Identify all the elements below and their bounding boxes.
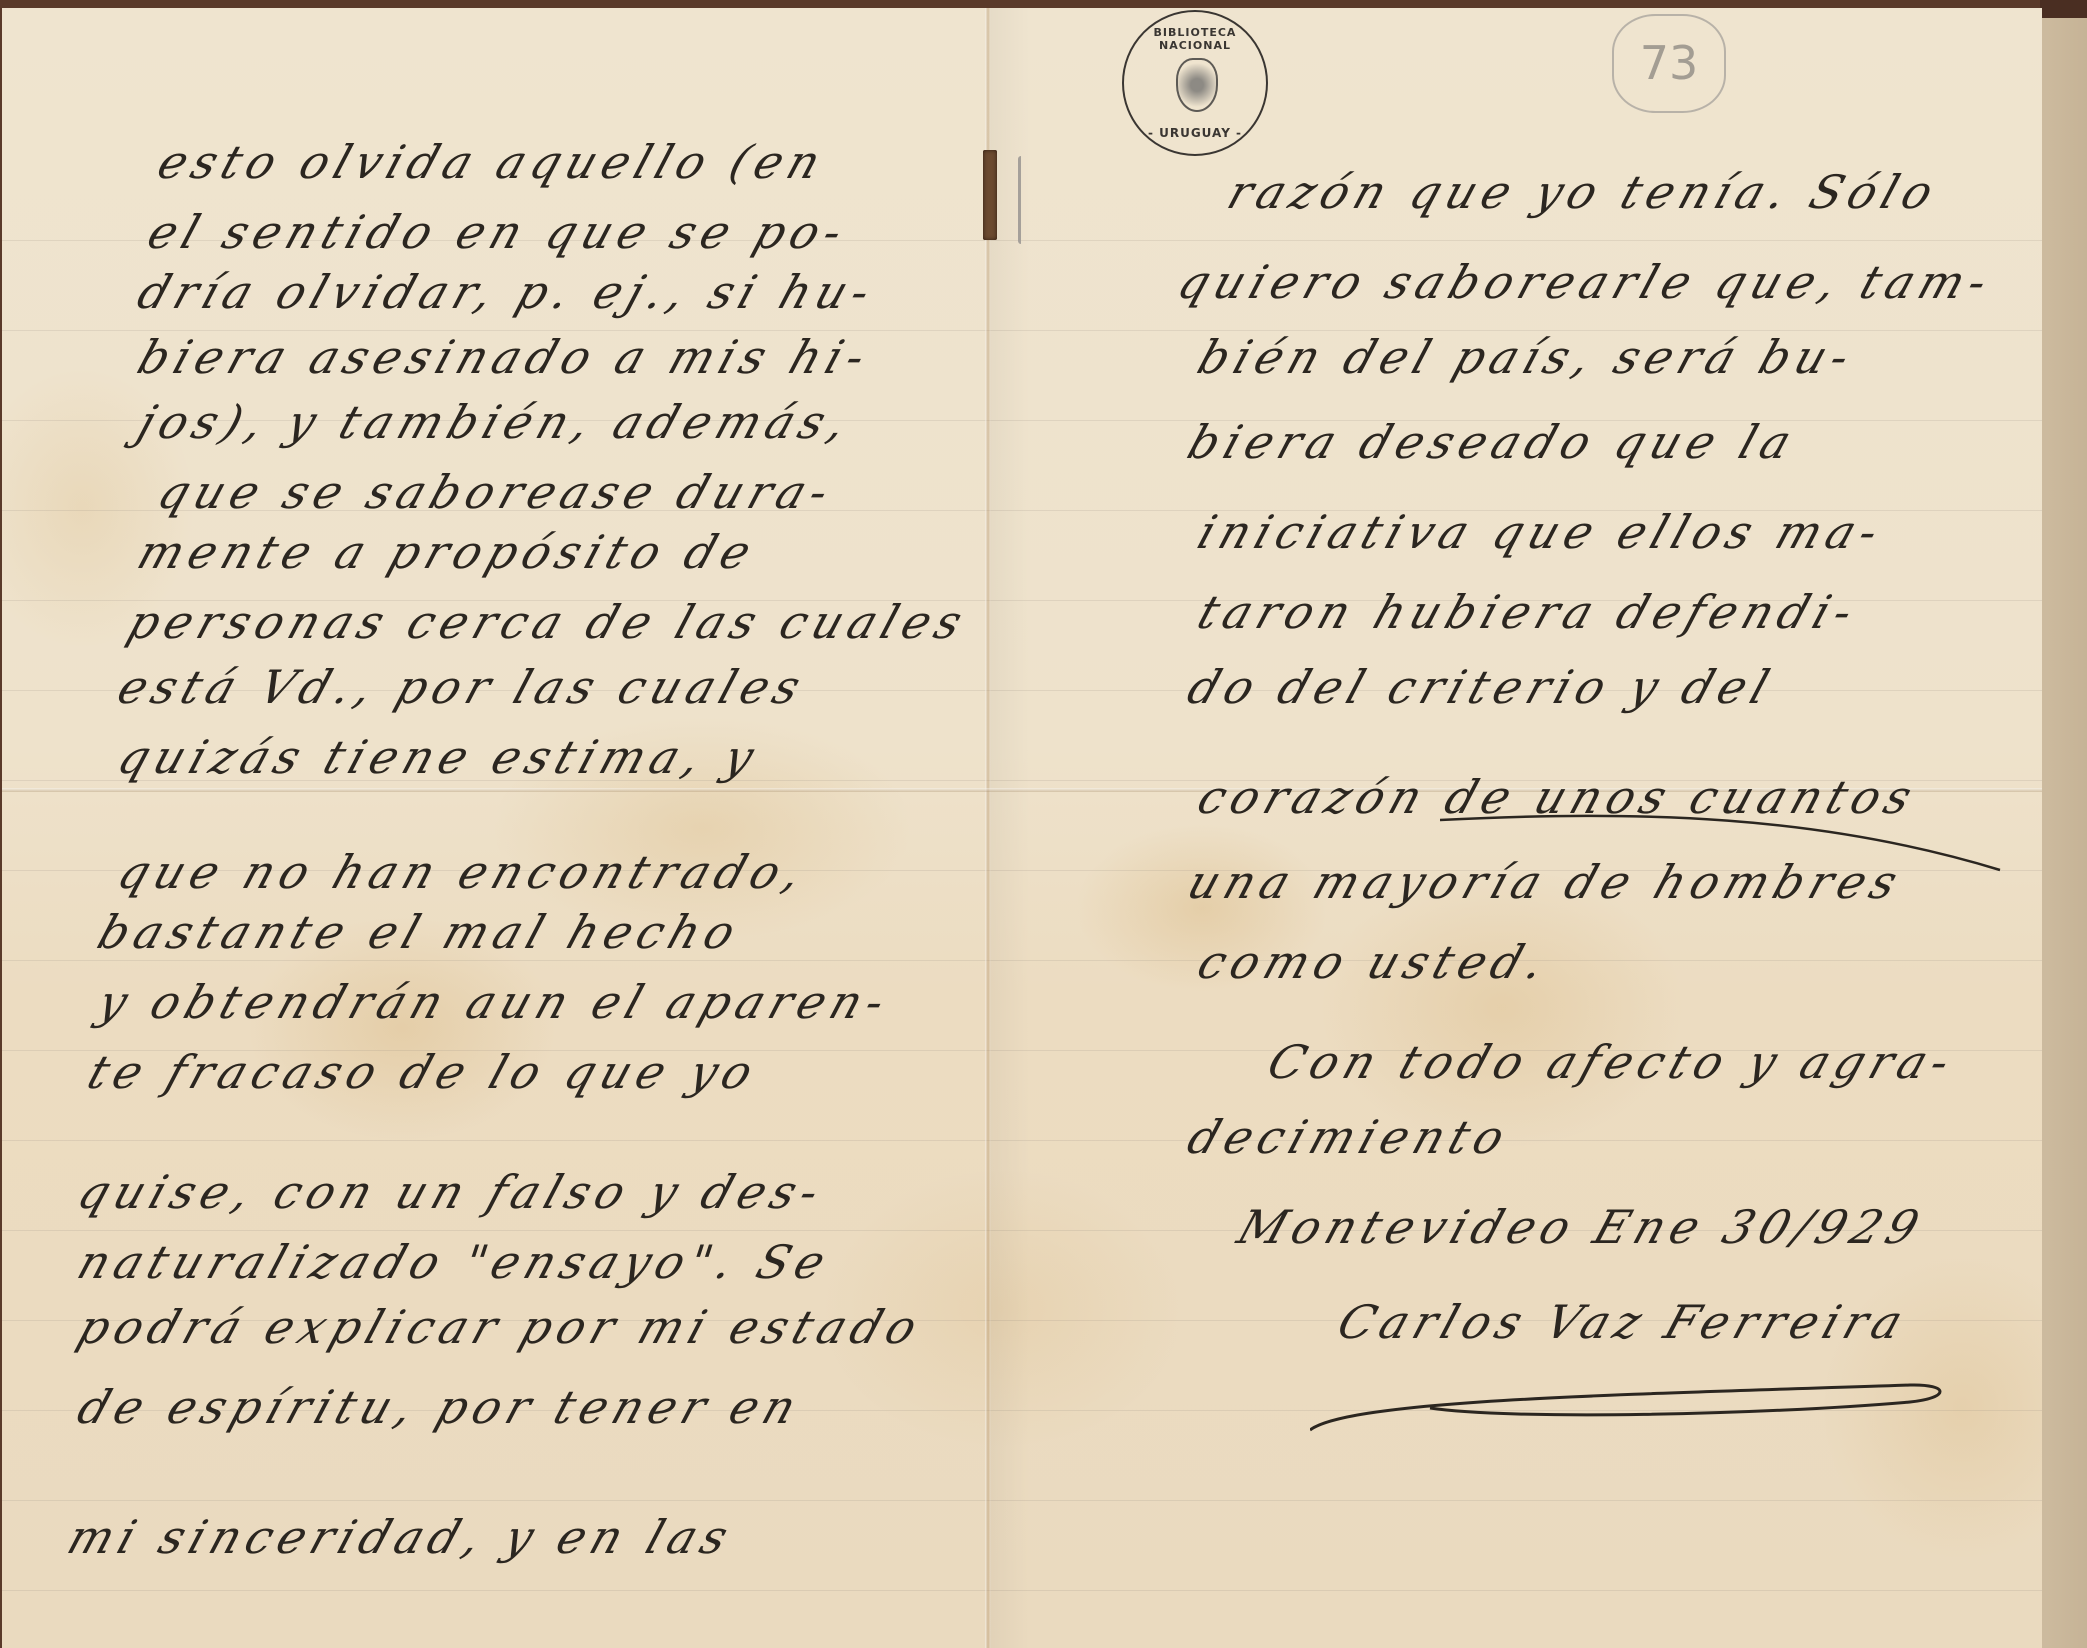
right-line-7: do del criterio y del (1181, 660, 1781, 714)
left-line-19: mi sinceridad, y en las (61, 1510, 741, 1564)
folio-number: 73 (1612, 14, 1726, 113)
right-line-3: bién del país, será bu- (1191, 330, 1862, 384)
right-line-10: como usted. (1191, 935, 1557, 989)
signature-line: Carlos Vaz Ferreira (1331, 1295, 1915, 1349)
left-line-12: bastante el mal hecho (91, 905, 748, 959)
coat-of-arms-icon (1176, 58, 1218, 112)
left-line-10: quizás tiene estima, y (111, 730, 766, 784)
left-line-16: naturalizado "ensayo". Se (71, 1235, 838, 1289)
left-line-6: que se saborease dura- (151, 465, 841, 519)
left-line-8: personas cerca de las cuales (121, 595, 975, 649)
left-line-14: te fracaso de lo que yo (81, 1045, 765, 1099)
left-line-1: esto olvida aquello (en (151, 135, 833, 189)
strikethrough-mark (1440, 790, 2040, 880)
left-line-2: el sentido en que se po- (141, 205, 855, 259)
stamp-top-text: BIBLIOTECA NACIONAL (1124, 26, 1266, 52)
left-line-7: mente a propósito de (131, 525, 763, 579)
staple-icon (1018, 156, 1027, 244)
right-line-4: biera deseado que la (1181, 415, 1804, 469)
left-line-4: biera asesinado a mis hi- (131, 330, 878, 384)
left-line-15: quise, con un falso y des- (71, 1165, 831, 1219)
left-line-9: está Vd., por las cuales (111, 660, 813, 714)
left-line-13: y obtendrán aun el aparen- (91, 975, 897, 1029)
left-line-11: que no han encontrado, (111, 845, 814, 899)
right-line-1: razón que yo tenía. Sólo (1221, 165, 1946, 219)
right-line-6: taron hubiera defendi- (1191, 585, 1865, 639)
right-line-11: Con todo afecto y agra- (1261, 1035, 1962, 1089)
background-surface (2040, 0, 2087, 1648)
left-line-5: jos), y también, además, (131, 395, 859, 449)
left-line-18: de espíritu, por tener en (71, 1380, 809, 1434)
place-date-line: Montevideo Ene 30/929 (1231, 1200, 1931, 1254)
center-fold (985, 8, 991, 1648)
right-line-5: iniciativa que ellos ma- (1191, 505, 1891, 559)
staple-hole (983, 150, 997, 240)
signature-flourish-icon (1310, 1360, 1970, 1440)
library-stamp: BIBLIOTECA NACIONAL - URUGUAY - (1122, 10, 1268, 156)
left-line-17: podrá explicar por mi estado (71, 1300, 930, 1354)
right-line-12: decimiento (1181, 1110, 1517, 1164)
left-line-3: dría olvidar, p. ej., si hu- (131, 265, 883, 319)
stamp-bottom-text: - URUGUAY - (1124, 126, 1266, 140)
background-edge (2040, 0, 2087, 18)
right-line-2: quiero saborearle que, tam- (1171, 255, 2000, 309)
